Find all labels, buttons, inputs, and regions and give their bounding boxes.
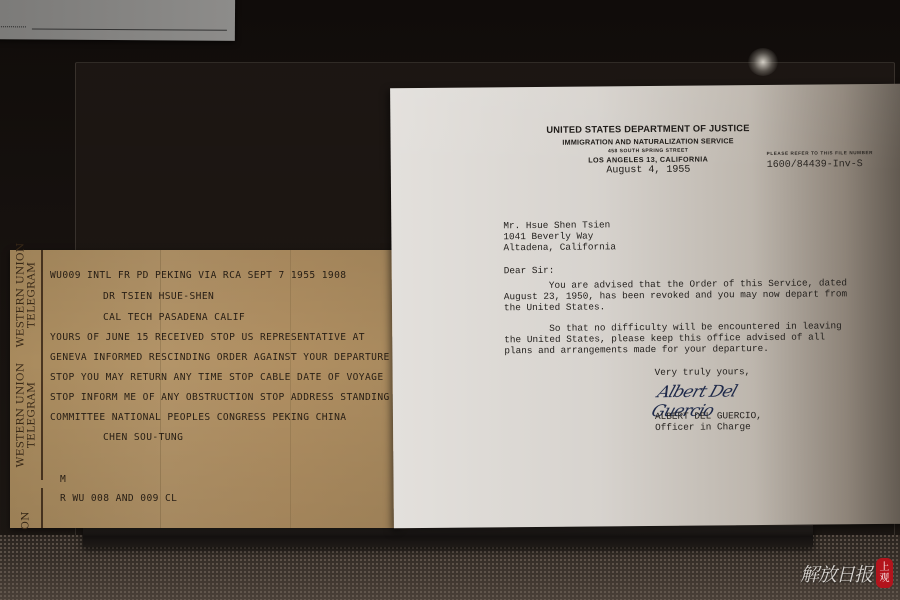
telegram-code-mark: M <box>60 474 66 485</box>
margin-rule <box>41 488 43 528</box>
telegram-address: CAL TECH PASADENA CALIF <box>103 312 245 323</box>
telegram-side-label-bottom: ON <box>12 505 40 535</box>
signer-block: ALBERT DEL GUERCIO,Officer in Charge <box>655 410 762 433</box>
paper-fold <box>290 250 291 528</box>
letterhead: UNITED STATES DEPARTMENT OF JUSTICE IMMI… <box>540 123 755 177</box>
telegram-addressee: DR TSIEN HSUE-SHEN <box>103 291 214 302</box>
body-paragraph: So that no difficulty will be encountere… <box>504 320 842 356</box>
doj-letter: UNITED STATES DEPARTMENT OF JUSTICE IMMI… <box>390 84 900 528</box>
salutation: Dear Sir: <box>504 265 555 276</box>
telegram-text-line: YOURS OF JUNE 15 RECEIVED STOP US REPRES… <box>50 332 365 343</box>
side-label-line: TELEGRAM <box>26 363 37 468</box>
recipient-address: Mr. Hsue Shen Tsien1041 Beverly WayAltad… <box>503 219 616 253</box>
margin-rule <box>41 250 43 480</box>
recipient-city: Altadena, California <box>503 241 616 253</box>
telegram-text-line: STOP YOU MAY RETURN ANY TIME STOP CABLE … <box>50 372 384 383</box>
file-reference-caption: PLEASE REFER TO THIS FILE NUMBER <box>767 150 873 156</box>
telegram-footer-code: R WU 008 AND 009 CL <box>60 493 177 504</box>
telegram-side-label-middle: WESTERN UNION TELEGRAM <box>12 355 40 475</box>
telegram-text-line: COMMITTEE NATIONAL PEOPLES CONGRESS PEKI… <box>50 412 346 423</box>
signer-title: Officer in Charge <box>655 421 762 433</box>
side-label-line: TELEGRAM <box>26 243 37 348</box>
city-address: LOS ANGELES 13, CALIFORNIA <box>541 154 756 165</box>
watermark-badge: 上 观 <box>876 558 893 588</box>
newspaper-watermark: 解放日报 上 观 <box>800 558 893 588</box>
telegram-text-line: STOP INFORM ME OF ANY OBSTRUCTION STOP A… <box>50 392 390 403</box>
western-union-telegram: WESTERN UNION TELEGRAM WESTERN UNION TEL… <box>10 250 400 528</box>
light-reflection <box>748 48 778 76</box>
museum-display-scene: WESTERN UNION TELEGRAM WESTERN UNION TEL… <box>0 0 900 600</box>
closing: Very truly yours, <box>655 366 751 378</box>
telegram-sender: CHEN SOU-TUNG <box>103 432 183 443</box>
background-paper-card <box>0 0 235 41</box>
telegram-side-label-top: WESTERN UNION TELEGRAM <box>12 250 40 340</box>
file-reference: PLEASE REFER TO THIS FILE NUMBER 1600/84… <box>767 150 874 171</box>
telegram-header-line: WU009 INTL FR PD PEKING VIA RCA SEPT 7 1… <box>50 270 346 281</box>
letter-date: August 4, 1955 <box>541 164 756 177</box>
handwritten-signature: Albert Del Guercio <box>655 381 785 410</box>
card-rule-line <box>32 28 227 30</box>
watermark-logo-text: 解放日报 <box>800 560 872 587</box>
department-name: UNITED STATES DEPARTMENT OF JUSTICE <box>540 123 755 135</box>
file-number: 1600/84439-Inv-S <box>767 159 873 171</box>
telegram-text-line: GENEVA INFORMED RESCINDING ORDER AGAINST… <box>50 352 390 363</box>
service-name: IMMIGRATION AND NATURALIZATION SERVICE <box>541 136 756 147</box>
body-paragraph: You are advised that the Order of this S… <box>504 277 847 313</box>
display-stand-ledge <box>83 525 813 547</box>
card-small-print <box>0 24 26 27</box>
recipient-name: Mr. Hsue Shen Tsien <box>503 219 616 231</box>
